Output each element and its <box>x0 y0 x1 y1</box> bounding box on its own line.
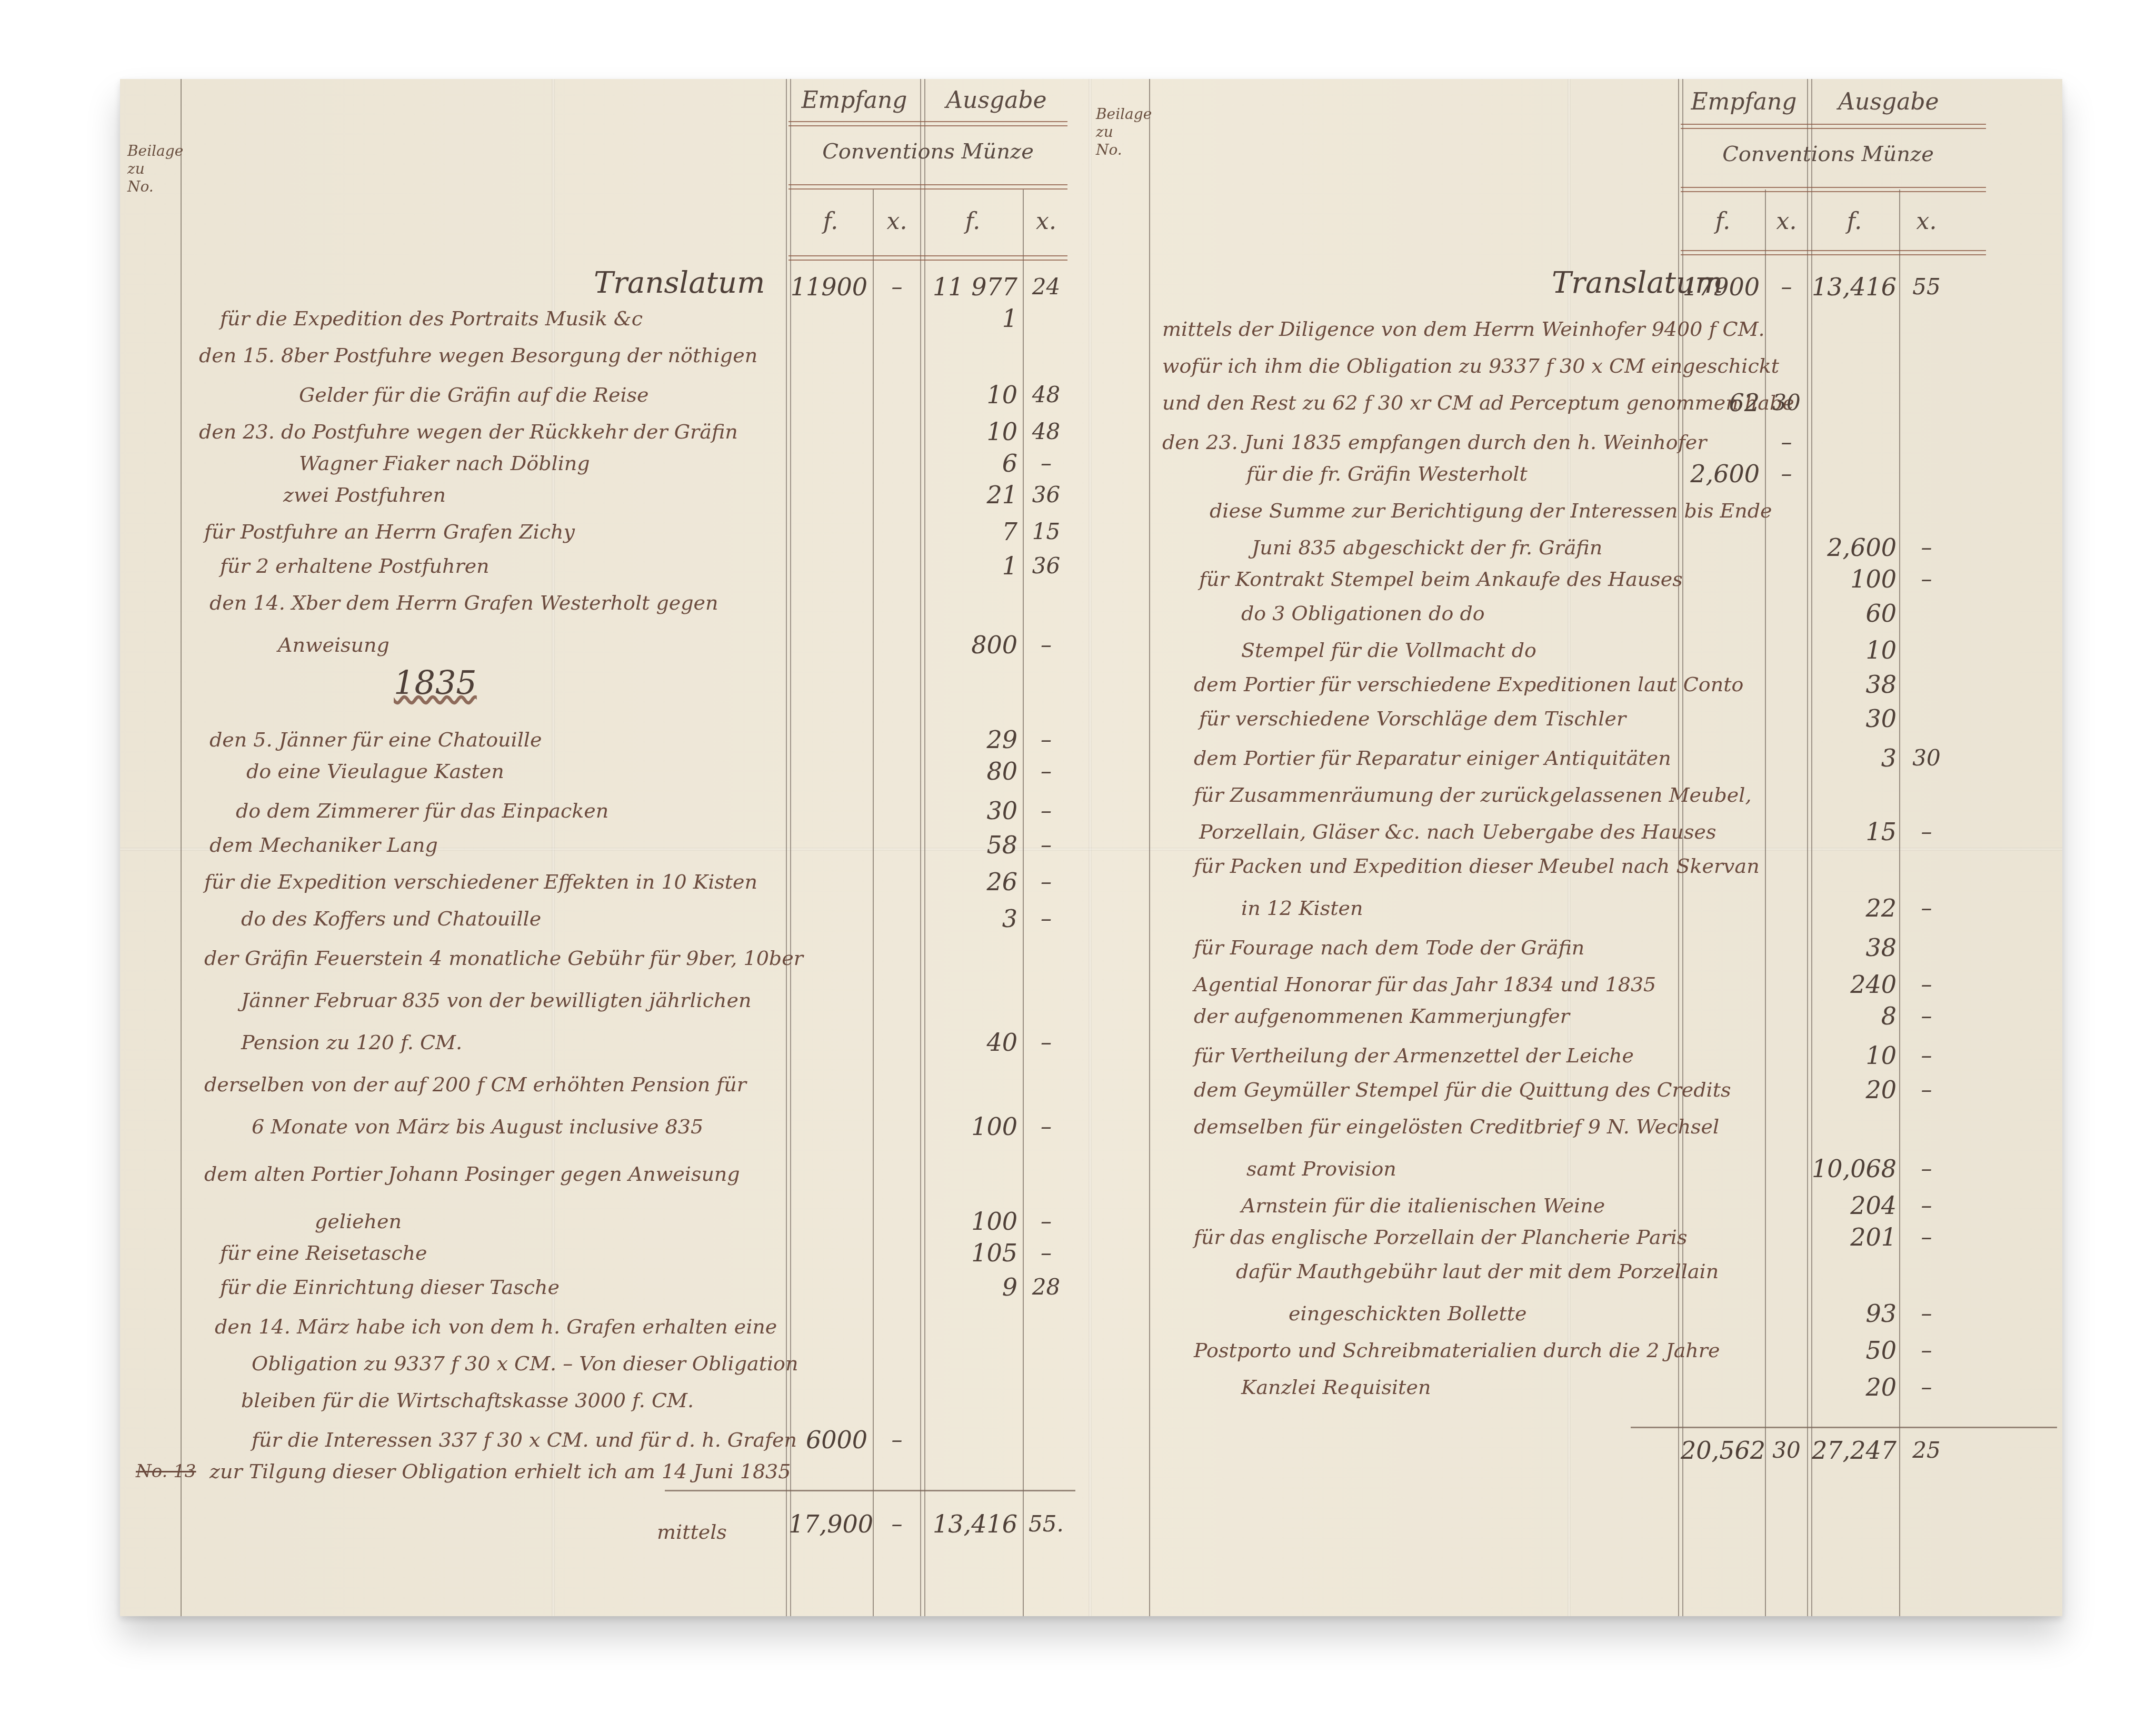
total-empfang-f: 20,562 <box>1681 1435 1760 1466</box>
ledger-row: den 5. Jänner für eine Chatouille 29 – <box>120 724 1083 755</box>
row-description: für Packen und Expedition dieser Meubel … <box>1194 850 1760 882</box>
total-ausgabe-x: 55. <box>1024 1508 1069 1540</box>
row-description: Porzellain, Gläser &c. nach Uebergabe de… <box>1199 816 1716 848</box>
row-description: eingeschickten Bollette <box>1289 1298 1527 1329</box>
column-header-ausgabe: Ausgabe <box>1810 88 1968 115</box>
ledger-row: Anweisung 800 – <box>120 629 1083 661</box>
row-description: Arnstein für die italienischen Weine <box>1241 1190 1605 1221</box>
ledger-row: zur Tilgung dieser Obligation erhielt ic… <box>120 1456 1083 1487</box>
subcol-gulden: f. <box>1810 208 1899 235</box>
ledger-row: eingeschickten Bollette 93 – <box>1089 1298 2062 1329</box>
row-description: demselben für eingelösten Creditbrief 9 … <box>1194 1111 1719 1142</box>
ledger-row: derselben von der auf 200 f CM erhöhten … <box>120 1069 1083 1100</box>
page-title: Translatum <box>594 266 765 300</box>
row-description: mittels der Diligence von dem Herrn Wein… <box>1162 313 1765 345</box>
carryover-ausgabe-f: 11 977 <box>923 271 1017 303</box>
row-ausgabe-x: – <box>1900 563 1953 595</box>
ledger-row: Arnstein für die italienischen Weine 204… <box>1089 1190 2062 1221</box>
row-ausgabe-x: – <box>1900 969 1953 1000</box>
ledger-row: für Postfuhre an Herrn Grafen Zichy 7 15 <box>120 516 1083 548</box>
ledger-row: der Gräfin Feuerstein 4 monatliche Gebüh… <box>120 942 1083 974</box>
ledger-row: Gelder für die Gräfin auf die Reise 10 4… <box>120 379 1083 411</box>
row-description: den 5. Jänner für eine Chatouille <box>209 724 542 755</box>
row-ausgabe-x: – <box>1900 1335 1953 1366</box>
row-ausgabe-f: 29 <box>923 724 1017 755</box>
year-heading: 1835 <box>394 663 477 702</box>
row-ausgabe-f: 38 <box>1810 669 1897 700</box>
ledger-row: Wagner Fiaker nach Döbling 6 – <box>120 447 1083 479</box>
ledger-row: dafür Mauthgebühr laut der mit dem Porze… <box>1089 1256 2062 1287</box>
ledger-row: mittels der Diligence von dem Herrn Wein… <box>1089 313 2062 345</box>
carryover-ausgabe-x: 24 <box>1024 271 1069 303</box>
carryover-empfang-x: – <box>1766 271 1807 303</box>
row-ausgabe-x: – <box>1900 1153 1953 1184</box>
row-description: zwei Postfuhren <box>283 479 446 511</box>
total-empfang-x: – <box>874 1508 920 1540</box>
right-page: Beilage zu No. Empfang Ausgabe Conventio… <box>1089 79 2062 1616</box>
header-rule <box>1681 250 1986 255</box>
row-empfang-x: – <box>1766 426 1807 458</box>
ledger-row: für verschiedene Vorschläge dem Tischler… <box>1089 703 2062 734</box>
row-ausgabe-x: – <box>1024 629 1069 661</box>
ledger-row: bleiben für die Wirtschaftskasse 3000 f.… <box>120 1385 1083 1416</box>
row-ausgabe-f: 240 <box>1810 969 1897 1000</box>
total-empfang-f: 17,900 <box>788 1508 867 1540</box>
row-ausgabe-f: 9 <box>923 1271 1017 1303</box>
carryover-ausgabe-f: 13,416 <box>1810 271 1897 303</box>
row-description: geliehen <box>315 1206 402 1237</box>
row-ausgabe-f: 100 <box>923 1206 1017 1237</box>
column-header-currency: Conventions Münze <box>1681 142 1975 166</box>
ledger-row: dem Mechaniker Lang 58 – <box>120 829 1083 861</box>
row-description: den 23. Juni 1835 empfangen durch den h.… <box>1162 426 1706 458</box>
row-description: für Kontrakt Stempel beim Ankaufe des Ha… <box>1199 563 1683 595</box>
row-ausgabe-f: 8 <box>1810 1000 1897 1032</box>
row-description: Kanzlei Requisiten <box>1241 1371 1431 1403</box>
subcol-kreuzer: x. <box>874 208 920 235</box>
total-ausgabe-f: 27,247 <box>1810 1435 1897 1466</box>
ledger-row: für Zusammenräumung der zurückgelassenen… <box>1089 779 2062 811</box>
row-ausgabe-f: 201 <box>1810 1221 1897 1253</box>
ledger-row: den 23. Juni 1835 empfangen durch den h.… <box>1089 426 2062 458</box>
row-description: dem Portier für verschiedene Expeditione… <box>1194 669 1743 700</box>
ledger-row: für die Einrichtung dieser Tasche 9 28 <box>120 1271 1083 1303</box>
total-label: mittels <box>657 1516 727 1548</box>
row-description: in 12 Kisten <box>1241 892 1363 924</box>
row-description: für das englische Porzellain der Planche… <box>1194 1221 1687 1253</box>
row-description: den 14. März habe ich von dem h. Grafen … <box>215 1311 777 1342</box>
header-rule <box>788 255 1067 261</box>
ledger-row: Stempel für die Vollmacht do 10 <box>1089 634 2062 666</box>
ledger-row: den 14. Xber dem Herrn Grafen Westerholt… <box>120 587 1083 619</box>
ledger-row: dem Portier für Reparatur einiger Antiqu… <box>1089 742 2062 774</box>
ledger-row: für Packen und Expedition dieser Meubel … <box>1089 850 2062 882</box>
row-description: Agential Honorar für das Jahr 1834 und 1… <box>1194 969 1656 1000</box>
row-ausgabe-x: 36 <box>1024 479 1069 511</box>
row-ausgabe-f: 20 <box>1810 1371 1897 1403</box>
row-description: Gelder für die Gräfin auf die Reise <box>299 379 649 411</box>
row-ausgabe-x: 36 <box>1024 550 1069 582</box>
row-description: wofür ich ihm die Obligation zu 9337 f 3… <box>1162 350 1779 382</box>
ledger-row: den 23. do Postfuhre wegen der Rückkehr … <box>120 416 1083 447</box>
total-rule <box>665 1490 1075 1491</box>
row-ausgabe-x: 30 <box>1900 742 1953 774</box>
ledger-row: Kanzlei Requisiten 20 – <box>1089 1371 2062 1403</box>
row-description: dem Geymüller Stempel für die Quittung d… <box>1194 1074 1731 1106</box>
ledger-row: geliehen 100 – <box>120 1206 1083 1237</box>
row-ausgabe-f: 10 <box>923 416 1017 447</box>
row-description: den 14. Xber dem Herrn Grafen Westerholt… <box>209 587 718 619</box>
column-header-empfang: Empfang <box>1681 88 1807 115</box>
ledger-row: demselben für eingelösten Creditbrief 9 … <box>1089 1111 2062 1142</box>
row-ausgabe-f: 10,068 <box>1810 1153 1897 1184</box>
header-rule <box>788 121 1067 126</box>
row-empfang-f: 6000 <box>788 1424 867 1456</box>
row-ausgabe-f: 100 <box>1810 563 1897 595</box>
row-ausgabe-f: 204 <box>1810 1190 1897 1221</box>
row-description: Jänner Februar 835 von der bewilligten j… <box>241 984 751 1016</box>
ledger-row: der aufgenommenen Kammerjungfer 8 – <box>1089 1000 2062 1032</box>
row-ausgabe-f: 10 <box>1810 634 1897 666</box>
row-ausgabe-f: 30 <box>923 795 1017 827</box>
row-description: für die Interessen 337 f 30 x CM. und fü… <box>252 1424 797 1456</box>
row-description: den 15. 8ber Postfuhre wegen Besorgung d… <box>199 340 757 371</box>
row-description: für eine Reisetasche <box>220 1237 427 1269</box>
row-ausgabe-f: 800 <box>923 629 1017 661</box>
row-description: für die Expedition des Portraits Musik &… <box>220 303 643 334</box>
ledger-row: für die Expedition des Portraits Musik &… <box>120 303 1083 334</box>
row-description: für die fr. Gräfin Westerholt <box>1246 458 1528 490</box>
row-description: der Gräfin Feuerstein 4 monatliche Gebüh… <box>204 942 803 974</box>
row-description: dem Portier für Reparatur einiger Antiqu… <box>1194 742 1671 774</box>
row-empfang-f: 62 <box>1681 387 1760 419</box>
row-ausgabe-x: – <box>1900 1190 1953 1221</box>
row-ausgabe-x: – <box>1900 1298 1953 1329</box>
row-ausgabe-f: 3 <box>923 903 1017 934</box>
subcol-gulden: f. <box>923 208 1023 235</box>
row-description: do eine Vieulague Kasten <box>246 755 504 787</box>
ledger-row: für die fr. Gräfin Westerholt 2,600 – <box>1089 458 2062 490</box>
ledger-row: do dem Zimmerer für das Einpacken 30 – <box>120 795 1083 827</box>
ledger-row: Obligation zu 9337 f 30 x CM. – Von dies… <box>120 1348 1083 1379</box>
ledger-row: für das englische Porzellain der Planche… <box>1089 1221 2062 1253</box>
row-description: Wagner Fiaker nach Döbling <box>299 447 590 479</box>
row-ausgabe-f: 80 <box>923 755 1017 787</box>
row-ausgabe-x: – <box>1024 1027 1069 1058</box>
column-header-ausgabe: Ausgabe <box>923 87 1070 114</box>
row-ausgabe-x: – <box>1024 447 1069 479</box>
row-ausgabe-x: 48 <box>1024 379 1069 411</box>
row-description: diese Summe zur Berichtigung der Interes… <box>1210 495 1772 526</box>
row-ausgabe-x: 28 <box>1024 1271 1069 1303</box>
row-ausgabe-f: 3 <box>1810 742 1897 774</box>
ledger-row: Pension zu 120 f. CM. 40 – <box>120 1027 1083 1058</box>
row-ausgabe-f: 38 <box>1810 932 1897 963</box>
ledger-row: für eine Reisetasche 105 – <box>120 1237 1083 1269</box>
row-ausgabe-x: – <box>1024 1111 1069 1142</box>
ledger-row: dem Portier für verschiedene Expeditione… <box>1089 669 2062 700</box>
row-description: Pension zu 120 f. CM. <box>241 1027 462 1058</box>
row-ausgabe-f: 10 <box>1810 1040 1897 1071</box>
row-description: den 23. do Postfuhre wegen der Rückkehr … <box>199 416 738 447</box>
row-ausgabe-f: 50 <box>1810 1335 1897 1366</box>
row-ausgabe-x: – <box>1024 1237 1069 1269</box>
ledger-row: 6 Monate von März bis August inclusive 8… <box>120 1111 1083 1142</box>
row-ausgabe-f: 20 <box>1810 1074 1897 1106</box>
row-ausgabe-x: – <box>1024 866 1069 898</box>
row-description: für Postfuhre an Herrn Grafen Zichy <box>204 516 575 548</box>
row-ausgabe-x: – <box>1024 795 1069 827</box>
row-ausgabe-f: 58 <box>923 829 1017 861</box>
subcol-gulden: f. <box>788 208 873 235</box>
row-ausgabe-x: 15 <box>1024 516 1069 548</box>
row-description: für Vertheilung der Armenzettel der Leic… <box>1194 1040 1634 1071</box>
row-description: Anweisung <box>278 629 390 661</box>
ledger-row: Agential Honorar für das Jahr 1834 und 1… <box>1089 969 2062 1000</box>
header-rule <box>1681 124 1986 129</box>
ledger-row: in 12 Kisten 22 – <box>1089 892 2062 924</box>
subcol-kreuzer: x. <box>1766 208 1807 235</box>
carryover-empfang-f: 11900 <box>788 271 867 303</box>
ledger-row: dem alten Portier Johann Posinger gegen … <box>120 1158 1083 1190</box>
ledger-row: Jänner Februar 835 von der bewilligten j… <box>120 984 1083 1016</box>
row-ausgabe-f: 93 <box>1810 1298 1897 1329</box>
row-ausgabe-x: – <box>1900 1221 1953 1253</box>
row-ausgabe-x: – <box>1024 755 1069 787</box>
row-description: für 2 erhaltene Postfuhren <box>220 550 490 582</box>
row-ausgabe-f: 26 <box>923 866 1017 898</box>
ledger-row: für Vertheilung der Armenzettel der Leic… <box>1089 1040 2062 1071</box>
row-ausgabe-x: – <box>1900 532 1953 563</box>
row-ausgabe-x: – <box>1024 1206 1069 1237</box>
row-description: dem Mechaniker Lang <box>209 829 438 861</box>
row-ausgabe-f: 10 <box>923 379 1017 411</box>
carryover-empfang-f: 17900 <box>1681 271 1760 303</box>
row-ausgabe-f: 100 <box>923 1111 1017 1142</box>
row-empfang-x: – <box>874 1424 920 1456</box>
row-ausgabe-f: 1 <box>923 303 1017 334</box>
ledger-row: für die Expedition verschiedener Effekte… <box>120 866 1083 898</box>
ledger-sheet: Beilage zu No. Empfang Ausgabe Conventio… <box>120 79 2062 1616</box>
row-description: Postporto und Schreibmaterialien durch d… <box>1194 1335 1720 1366</box>
row-ausgabe-x: – <box>1900 1040 1953 1071</box>
ledger-row: und den Rest zu 62 f 30 xr CM ad Percept… <box>1089 387 2062 419</box>
row-description: der aufgenommenen Kammerjungfer <box>1194 1000 1570 1032</box>
row-ausgabe-x: – <box>1024 829 1069 861</box>
row-ausgabe-x: – <box>1024 903 1069 934</box>
row-empfang-x: 30 <box>1766 387 1807 419</box>
row-description: dem alten Portier Johann Posinger gegen … <box>204 1158 740 1190</box>
row-ausgabe-x: – <box>1900 892 1953 924</box>
carryover-empfang-x: – <box>874 271 920 303</box>
row-description: für Zusammenräumung der zurückgelassenen… <box>1194 779 1752 811</box>
row-description: do des Koffers und Chatouille <box>241 903 541 934</box>
ledger-row: do 3 Obligationen do do 60 <box>1089 598 2062 629</box>
ledger-row: zwei Postfuhren 21 36 <box>120 479 1083 511</box>
row-ausgabe-x: – <box>1900 816 1953 848</box>
row-description: 6 Monate von März bis August inclusive 8… <box>252 1111 703 1142</box>
row-description: samt Provision <box>1246 1153 1396 1184</box>
margin-header: Beilage zu No. <box>1096 105 1143 159</box>
ledger-row: Porzellain, Gläser &c. nach Uebergabe de… <box>1089 816 2062 848</box>
row-description: Obligation zu 9337 f 30 x CM. – Von dies… <box>252 1348 798 1379</box>
subcol-kreuzer: x. <box>1900 208 1953 235</box>
left-page: Beilage zu No. Empfang Ausgabe Conventio… <box>120 79 1083 1616</box>
row-description: derselben von der auf 200 f CM erhöhten … <box>204 1069 746 1100</box>
ledger-row: do eine Vieulague Kasten 80 – <box>120 755 1083 787</box>
row-ausgabe-f: 22 <box>1810 892 1897 924</box>
ledger-row: do des Koffers und Chatouille 3 – <box>120 903 1083 934</box>
ledger-row: wofür ich ihm die Obligation zu 9337 f 3… <box>1089 350 2062 382</box>
row-ausgabe-f: 15 <box>1810 816 1897 848</box>
row-description: für die Expedition verschiedener Effekte… <box>204 866 757 898</box>
row-description: dafür Mauthgebühr laut der mit dem Porze… <box>1236 1256 1719 1287</box>
row-description: Juni 835 abgeschickt der fr. Gräfin <box>1252 532 1602 563</box>
row-description: bleiben für die Wirtschaftskasse 3000 f.… <box>241 1385 694 1416</box>
row-ausgabe-x: – <box>1024 724 1069 755</box>
row-ausgabe-f: 60 <box>1810 598 1897 629</box>
ledger-row: samt Provision 10,068 – <box>1089 1153 2062 1184</box>
total-empfang-x: 30 <box>1766 1435 1807 1466</box>
ledger-row: Juni 835 abgeschickt der fr. Gräfin 2,60… <box>1089 532 2062 563</box>
row-empfang-x: – <box>1766 458 1807 490</box>
row-description: do dem Zimmerer für das Einpacken <box>236 795 608 827</box>
row-ausgabe-x: – <box>1900 1371 1953 1403</box>
row-description: für Fourage nach dem Tode der Gräfin <box>1194 932 1584 963</box>
row-description: do 3 Obligationen do do <box>1241 598 1485 629</box>
ledger-row: diese Summe zur Berichtigung der Interes… <box>1089 495 2062 526</box>
row-description: für verschiedene Vorschläge dem Tischler <box>1199 703 1626 734</box>
column-header-empfang: Empfang <box>788 87 920 114</box>
ledger-row: für 2 erhaltene Postfuhren 1 36 <box>120 550 1083 582</box>
row-description: zur Tilgung dieser Obligation erhielt ic… <box>209 1456 791 1487</box>
carryover-ausgabe-x: 55 <box>1900 271 1953 303</box>
total-ausgabe-x: 25 <box>1900 1435 1953 1466</box>
row-ausgabe-f: 105 <box>923 1237 1017 1269</box>
row-ausgabe-f: 2,600 <box>1810 532 1897 563</box>
header-rule <box>1681 187 1986 192</box>
row-ausgabe-f: 6 <box>923 447 1017 479</box>
row-description: Stempel für die Vollmacht do <box>1241 634 1536 666</box>
ledger-row: den 14. März habe ich von dem h. Grafen … <box>120 1311 1083 1342</box>
row-ausgabe-f: 1 <box>923 550 1017 582</box>
ledger-row: Postporto und Schreibmaterialien durch d… <box>1089 1335 2062 1366</box>
ledger-row: für die Interessen 337 f 30 x CM. und fü… <box>120 1424 1083 1456</box>
subcol-gulden: f. <box>1681 208 1765 235</box>
header-rule <box>788 184 1067 190</box>
ledger-row: dem Geymüller Stempel für die Quittung d… <box>1089 1074 2062 1106</box>
row-ausgabe-f: 40 <box>923 1027 1017 1058</box>
row-empfang-f: 2,600 <box>1681 458 1760 490</box>
margin-header: Beilage zu No. <box>127 142 175 196</box>
column-header-currency: Conventions Münze <box>788 140 1067 164</box>
total-ausgabe-f: 13,416 <box>923 1508 1017 1540</box>
row-ausgabe-x: – <box>1900 1074 1953 1106</box>
subcol-kreuzer: x. <box>1024 208 1069 235</box>
row-ausgabe-f: 7 <box>923 516 1017 548</box>
row-ausgabe-f: 21 <box>923 479 1017 511</box>
row-ausgabe-x: 48 <box>1024 416 1069 447</box>
margin-note: No. 13 <box>136 1461 196 1482</box>
total-rule <box>1631 1427 2057 1428</box>
ledger-row: für Kontrakt Stempel beim Ankaufe des Ha… <box>1089 563 2062 595</box>
ledger-row: für Fourage nach dem Tode der Gräfin 38 <box>1089 932 2062 963</box>
row-ausgabe-x: – <box>1900 1000 1953 1032</box>
row-ausgabe-f: 30 <box>1810 703 1897 734</box>
ledger-row: den 15. 8ber Postfuhre wegen Besorgung d… <box>120 340 1083 371</box>
row-description: für die Einrichtung dieser Tasche <box>220 1271 560 1303</box>
